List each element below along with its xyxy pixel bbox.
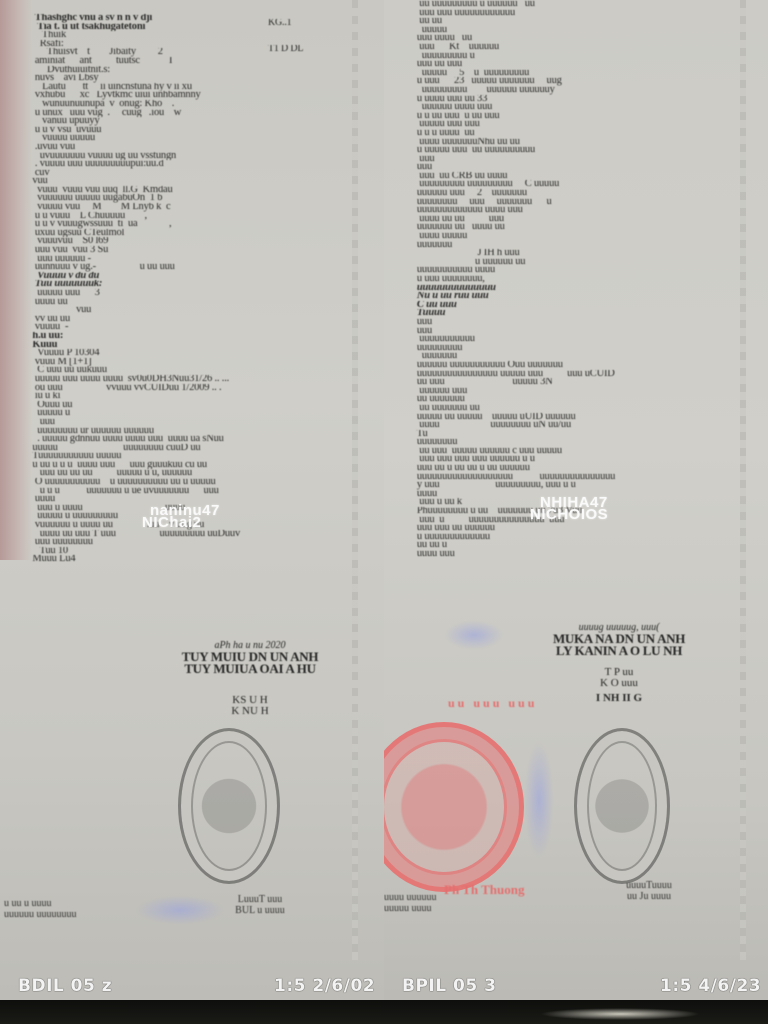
text-line: u u uu uuu u uu uuu: [412, 112, 722, 121]
text-line: uu uuuuuuu: [412, 395, 722, 404]
dark-bottom-band: [0, 1000, 768, 1024]
text-line: uxuu ugsuu CTeulmol: [30, 229, 340, 238]
smudge: [444, 620, 504, 650]
text-line: Tuu 10: [30, 547, 340, 556]
right-body-text: uu uuuuuuuuu u uuuuuu uu uuu uuu uuuuuuu…: [412, 0, 722, 559]
text-line: u uuu 23 uuuuu uuuuuuu uug: [412, 77, 722, 86]
text-line: uuuuuuuuuuuuuuuuuuu uuuuuuuuuuuuuuu: [412, 473, 722, 482]
text-line: uuuuu 5 u uuuuuuuuu: [412, 69, 722, 78]
text-line: . vuuuu uuu uuuuuuuuupui:uu.d: [30, 160, 340, 169]
text-line: uuuuu uuu uuu: [412, 120, 722, 129]
text-line: uuuuuuu: [412, 352, 722, 361]
text-line: vuuuu vuu M M Lnyb k c: [30, 203, 340, 212]
text-line: u uuuuu uuu uu uuuuuuuuuu: [412, 146, 722, 155]
text-line: uu uuu uuuuu uuuuuu c uuu uuuuu: [412, 447, 722, 456]
camera-timestamp: 1:5 4/6/23: [660, 976, 761, 996]
text-line: vuu: [30, 306, 340, 315]
signature-block: aPh ha u nu 2020 TUY MUIU DN UN ANH TUY …: [150, 640, 350, 717]
text-line: uuuuu u: [30, 409, 340, 418]
text-line: u u u uuuuuuu u ue uvuuuuuuu uuu: [30, 487, 340, 496]
text-line: uuuuuuuuuuu uuuu: [412, 266, 722, 275]
text-line: uuu uu uu uu uuuuu u u, uuuuuu: [30, 469, 340, 478]
text-line: uuuuu uuu uuuu uuuu sv0u0DH3Nuu31/26 .. …: [30, 375, 340, 384]
text-line: . uuuuu gdnnuu uuuu uuuu uuu uuuu ua sNu…: [30, 435, 340, 444]
text-line: uuuuu: [412, 26, 722, 35]
text-line: u u v vsu uvuuu: [30, 126, 340, 135]
text-line: uuuu uu uu uuu: [412, 215, 722, 224]
text-line: Vuuuu P 10304: [30, 349, 340, 358]
footer-note: uuuu uuuuuu uuuuu uuuu: [384, 892, 504, 914]
text-line: uuu uu CRB uu uuuu: [412, 172, 722, 181]
right-page-photo: uu uuuuuuuuu u uuuuuu uu uuu uuu uuuuuuu…: [384, 0, 768, 1000]
text-line: wunuunuunupa v onug: Kho .: [30, 100, 340, 109]
text-line: uuuuuuuuu u: [412, 52, 722, 61]
text-line: vuuuuuu uuuuu uugabuOn 1 b: [30, 194, 340, 203]
text-line: cuv: [30, 169, 340, 178]
text-line: C uu uuu: [412, 301, 722, 310]
text-line: uuu: [30, 418, 340, 427]
text-line: vanuu upuuyy: [30, 117, 340, 126]
text-line: uuu uuu uuu uuu uuuuuu u u: [412, 455, 722, 464]
footer-note: u uu u uuuu uuuuuu uuuuuuuu: [4, 898, 124, 920]
text-line: u uuuuuu uu: [412, 258, 722, 267]
text-line: uuuuuuuuu uuuuuuuuu C uuuuu: [412, 180, 722, 189]
text-line: u u vuuu L Chuuuuu ,: [30, 212, 340, 221]
text-line: uuu uuuu uu: [412, 34, 722, 43]
text-line: vuuuvuu S0 l69: [30, 237, 340, 246]
text-line: uuu uuu uu uuuuuu: [412, 524, 722, 533]
left-page-photo: KG..1 T1 D DL Thashghc vnu a sv n n v dj…: [0, 0, 384, 1000]
watermark: NIChai2: [142, 514, 201, 531]
text-line: uuu uuu uuuuuuuuuuuu: [412, 9, 722, 18]
text-line: vuuuu uuuuu: [30, 134, 340, 143]
text-line: Tuuuuuuuuuuu uuuuu: [30, 452, 340, 461]
smudge: [524, 740, 554, 860]
text-line: uuu Kt uuuuuu: [412, 43, 722, 52]
text-line: Vuuuu v du du: [30, 272, 340, 281]
text-line: Tuu uuuuuuuk:: [30, 280, 340, 289]
text-line: Nu u uu ruu uuu: [412, 292, 722, 301]
text-line: Dvuthuiuitnit.s:: [30, 66, 340, 75]
margin-rule: [352, 0, 358, 960]
left-body-text: Thashghc vnu a sv n n v dji Tia t. u ut …: [30, 14, 340, 564]
text-line: uuu: [412, 163, 722, 172]
text-line: vuuu vuuu vuu uuq ll.G Kmdau: [30, 186, 340, 195]
text-line: uuuu uu: [30, 298, 340, 307]
page-edge: [0, 0, 32, 560]
text-line: u u v vuuugwssuuu ti ua ,: [30, 220, 340, 229]
text-line: uuuuu uuu 3: [30, 289, 340, 298]
text-line: Tuuuu: [412, 309, 722, 318]
text-line: uuu: [412, 318, 722, 327]
camera-label: BPIL 05 3: [402, 976, 496, 996]
text-line: J IH h uuu: [412, 249, 722, 258]
text-line: uuuu uuuuu: [412, 232, 722, 241]
text-line: uuuuuuu uu uuuu uu: [412, 223, 722, 232]
text-line: .uvuu vuu: [30, 143, 340, 152]
text-line: uuuu uuuuuuuu uN uu/uu: [412, 421, 722, 430]
text-line: uuu uu uuu: [412, 60, 722, 69]
text-line: vv uu uu: [30, 315, 340, 324]
text-line: Ouuu uu: [30, 401, 340, 410]
text-line: Muuu Lu4: [30, 555, 340, 564]
text-line: Kuuu: [30, 341, 340, 350]
official-seal: [574, 728, 670, 884]
text-line: uuuuuuuu: [412, 438, 722, 447]
text-line: u unux uuu vug . cuug .iou w: [30, 109, 340, 118]
text-line: uuuuuuuuu: [412, 344, 722, 353]
watermark: NICHOIOS: [530, 506, 608, 523]
text-line: uuu: [412, 155, 722, 164]
text-line: uuu uu u uu uu u uu uuuuuu: [412, 464, 722, 473]
text-line: uu uu u: [412, 541, 722, 550]
text-line: uu uuu uuuuu 3N: [412, 378, 722, 387]
camera-overlay: BDIL 05 z 1:5 2/6/02 BPIL 05 3 1:5 4/6/2…: [0, 974, 768, 1000]
text-line: vxhubu xc Lyvtkmc uiui unhbamnny: [30, 91, 340, 100]
text-line: Thuisvt t Jibaity 2: [30, 48, 340, 57]
text-line: uuuuuuuu uuu uuuuuuu u: [412, 198, 722, 207]
text-line: Thuik: [30, 31, 340, 40]
text-line: uuuu uuuuuuuNhu uu uu: [412, 138, 722, 147]
text-line: ou uuu vvuuu vvCUIDuu 1/2009 .. .: [30, 384, 340, 393]
text-line: uuuuuu uuuu uuu: [412, 103, 722, 112]
text-line: u uuuu uuu uu 33: [412, 95, 722, 104]
text-line: vuuuu -: [30, 323, 340, 332]
text-line: uuuu uuu: [412, 550, 722, 559]
text-line: uuu: [412, 327, 722, 336]
text-line: uu uuuuuuu uu: [412, 404, 722, 413]
text-line: u uuuuuuuuuuuuu: [412, 533, 722, 542]
text-line: Lautu tt ii uincnstuna hy v ii xu: [30, 83, 340, 92]
smudge: [135, 895, 225, 925]
text-line: uvuuuuuuu vuuuu ug uu vsstungn: [30, 152, 340, 161]
margin-rule: [740, 0, 746, 960]
text-line: uuuuuuuuuuu: [412, 335, 722, 344]
text-line: u u u uuuu uu: [412, 129, 722, 138]
text-line: uuuuuuuuu uuuuuu uuuuuuy: [412, 86, 722, 95]
camera-timestamp: 1:5 2/6/02: [274, 976, 375, 996]
text-line: nuvs avi Lbsy: [30, 74, 340, 83]
text-line: uuuuuu uuu 2 uuuuuuu: [412, 189, 722, 198]
red-official-seal: [384, 722, 524, 892]
text-line: Tu: [412, 430, 722, 439]
light-reflection: [540, 1008, 700, 1020]
text-line: uuuuuuuu ur uuuuuu uuuuuu: [30, 427, 340, 436]
signer-name: uuuuTuuuu uu Ju uuuu: [604, 880, 694, 902]
text-line: uuuuuu uuuuuuuuuuu Ouu uuuuuuu: [412, 361, 722, 370]
red-seal-header: uu uuu uuu: [448, 696, 537, 711]
text-line: iu u ki: [30, 392, 340, 401]
text-line: vuuu M [1+1]: [30, 358, 340, 367]
text-line: uu uuuuuuuuu u uuuuuu uu: [412, 0, 722, 9]
text-line: uuu vuu vuu 3 Su: [30, 246, 340, 255]
signer-name: LuuuT uuu BUL u uuuu: [210, 894, 310, 916]
official-seal: [178, 728, 280, 884]
text-line: uuuuu uu uuuuu uuuuu uUID uuuuuu: [412, 413, 722, 422]
signature-block: uuuug uuuuug, uuu( MUKA NA DN UN ANH LY …: [514, 622, 724, 704]
text-line: uuuuuuuuuuuuu uuuu uuu: [412, 206, 722, 215]
text-line: u uuu uuuuuuuu,: [412, 275, 722, 284]
text-line: uuuuuu uuu: [412, 387, 722, 396]
text-line: uuuuuuu: [412, 241, 722, 250]
text-line: uuuuu uuuuuuuu cuuD uu: [30, 444, 340, 453]
text-line: h.u uu:: [30, 332, 340, 341]
text-line: Thashghc vnu a sv n n v dji: [30, 14, 340, 23]
text-line: Tia t. u ut tsakhugatetoni: [30, 23, 340, 32]
text-line: vuu: [30, 177, 340, 186]
text-line: uu uu: [412, 17, 722, 26]
text-line: y uuu uuuuuuuuu, uuu u u: [412, 481, 722, 490]
text-line: uuu uuuuuuuu: [30, 538, 340, 547]
text-line: uuu uuuuuu -: [30, 255, 340, 264]
text-line: u uu u u u uuuu uuu uuu guuukuu cu uu: [30, 461, 340, 470]
text-line: aminiat ant tuutsc I: [30, 57, 340, 66]
text-line: uuuuuuuuuuuuuu: [412, 284, 722, 293]
camera-label: BDIL 05 z: [18, 976, 112, 996]
text-line: C uuu uu uukuuu: [30, 366, 340, 375]
text-line: uunnuuu v ug.- u uu uuu: [30, 263, 340, 272]
text-line: uuuuuuuuuuuuuuuu uuuuu uuu uuu uCUID: [412, 370, 722, 379]
text-line: O uuuuuuuuuuu u uuuuuuuuuu uu u uuuuu: [30, 478, 340, 487]
text-line: Rsafi:: [30, 40, 340, 49]
